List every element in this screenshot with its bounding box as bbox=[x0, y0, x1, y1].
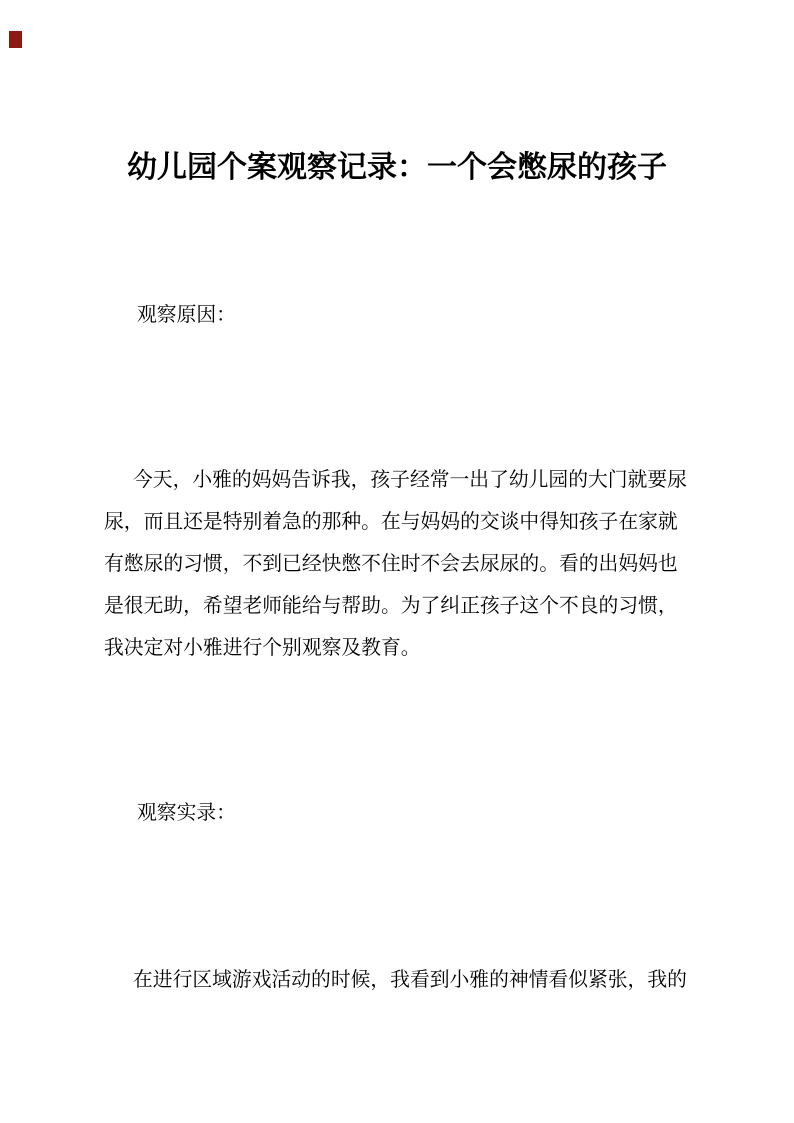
section-heading: 观察实录： bbox=[104, 792, 690, 834]
paragraph-observation-reason: 今天，小雅的妈妈告诉我，孩子经常一出了幼儿园的大门就要尿 尿，而且还是特别着急的… bbox=[104, 459, 690, 669]
paragraph-line: 在进行区域游戏活动的时候，我看到小雅的神情看似紧张，我的 bbox=[104, 959, 690, 1001]
paragraph-line: 我决定对小雅进行个别观察及教育。 bbox=[104, 627, 690, 669]
paragraph-line: 是很无助，希望老师能给与帮助。为了纠正孩子这个不良的习惯， bbox=[104, 585, 690, 627]
section-observation-reason: 观察原因： bbox=[104, 294, 690, 336]
section-heading: 观察原因： bbox=[104, 294, 690, 336]
corner-logo-mark bbox=[9, 31, 22, 48]
paragraph-line: 今天，小雅的妈妈告诉我，孩子经常一出了幼儿园的大门就要尿 bbox=[104, 459, 690, 501]
paragraph-line: 尿，而且还是特别着急的那种。在与妈妈的交谈中得知孩子在家就 bbox=[104, 501, 690, 543]
paragraph-observation-record: 在进行区域游戏活动的时候，我看到小雅的神情看似紧张，我的 bbox=[104, 959, 690, 1001]
page-title: 幼儿园个案观察记录：一个会憋尿的孩子 bbox=[0, 150, 794, 186]
paragraph-line: 有憋尿的习惯，不到已经快憋不住时不会去尿尿的。看的出妈妈也 bbox=[104, 543, 690, 585]
section-observation-record: 观察实录： bbox=[104, 792, 690, 834]
document-page: 幼儿园个案观察记录：一个会憋尿的孩子 观察原因： 今天，小雅的妈妈告诉我，孩子经… bbox=[0, 0, 794, 1123]
